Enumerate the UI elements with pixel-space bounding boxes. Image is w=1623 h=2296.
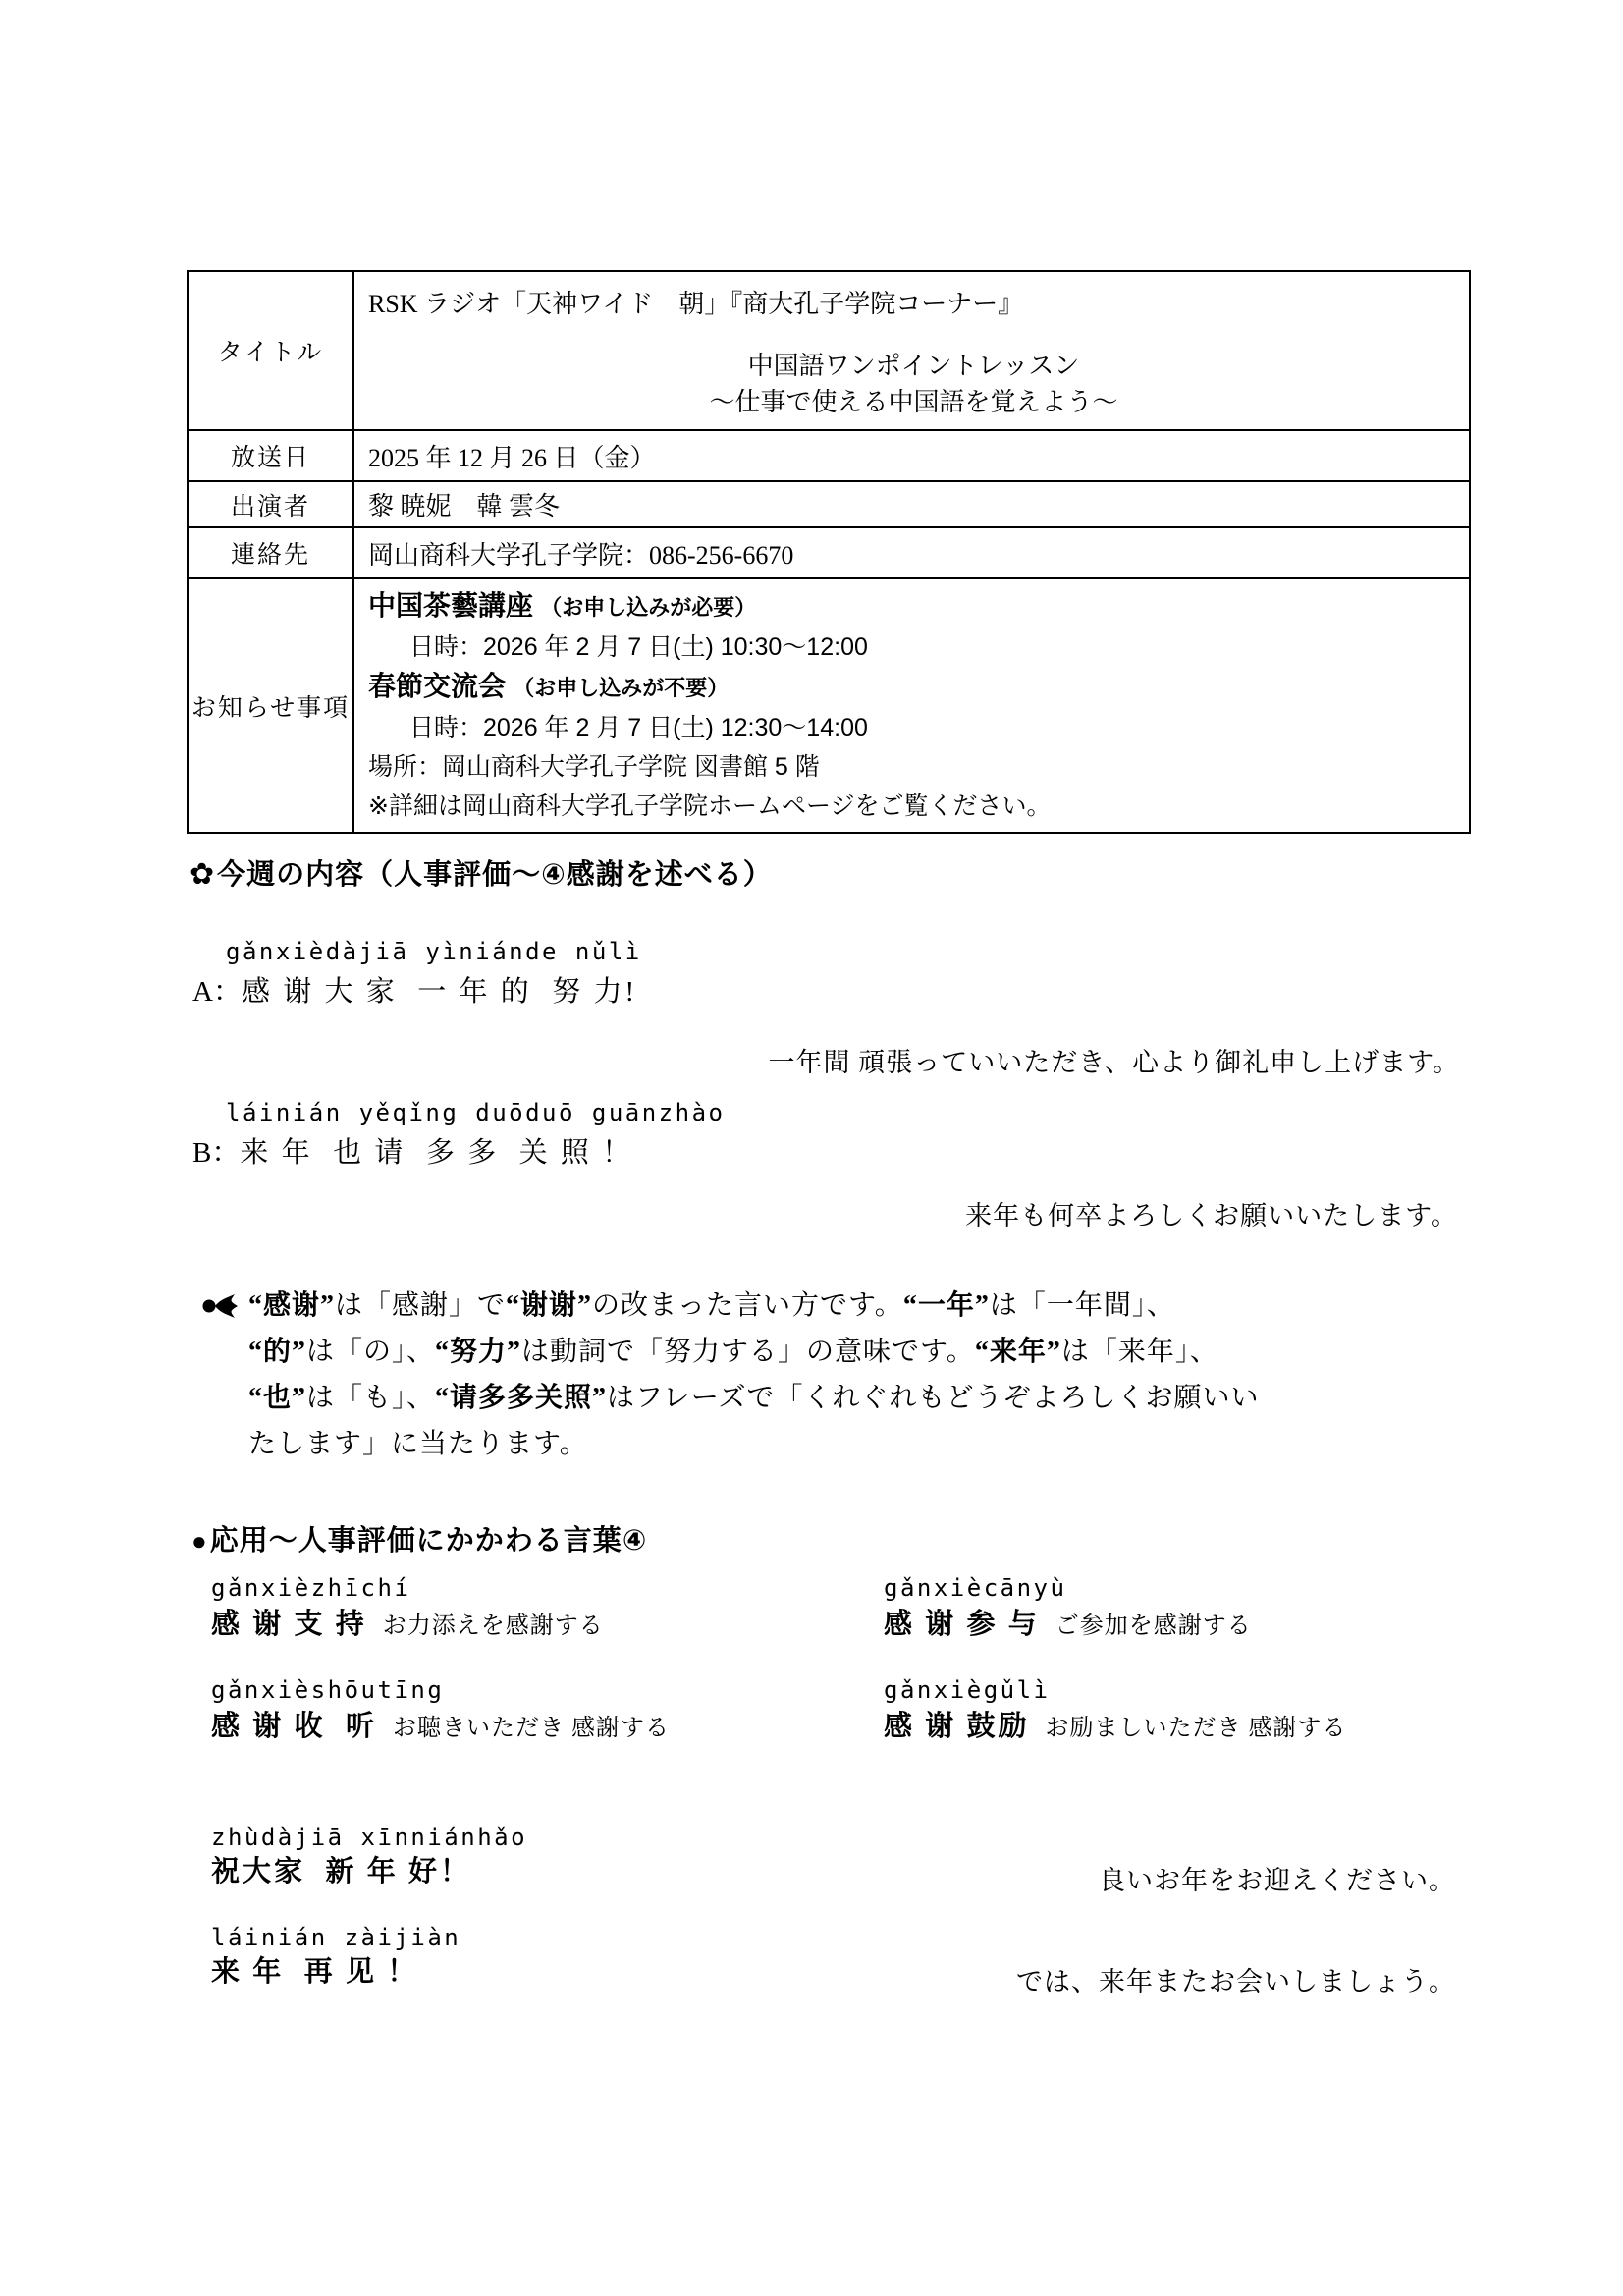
event1-line: 中国茶藝講座 （お申し込みが必要） <box>368 586 1459 628</box>
dialogue-a: gǎnxièdàjiā yìniánde nǔlì A：感 谢 大 家 一 年 … <box>192 939 642 1010</box>
explanation-line-4: たします」に当たります。 <box>248 1421 1471 1467</box>
event1-note: （お申し込みが必要） <box>540 595 756 620</box>
table-row-notice: お知らせ事項 中国茶藝講座 （お申し込みが必要） 日時：2026 年 2 月 7… <box>188 578 1470 833</box>
closing-phrase: láinián zàijiàn 来 年 再 见 ！ <box>211 1925 460 1989</box>
performers-value: 黎 暁妮 韓 雲冬 <box>353 481 1470 527</box>
contact-value: 岡山商科大学孔子学院：086-256-6670 <box>353 527 1470 578</box>
lesson-subtitle: ～仕事で使える中国語を覚えよう～ <box>368 382 1459 418</box>
contact-label: 連絡先 <box>188 527 353 578</box>
broadcast-date-value: 2025 年 12 月 26 日（金） <box>353 430 1470 481</box>
speaker-a-label: A： <box>192 969 242 1010</box>
explanation-paragraph: “感谢”は「感謝」で“谢谢”の改まった言い方です。“一年”は「一年間」、 “的”… <box>248 1283 1471 1467</box>
application-item: gǎnxièshōutīng 感 谢 收 听お聴きいただき 感謝する <box>211 1677 670 1743</box>
applications-heading: ●応用～人事評価にかかわる言葉④ <box>191 1518 647 1558</box>
application-pinyin: gǎnxièshōutīng <box>211 1677 670 1703</box>
table-row-broadcast-date: 放送日 2025 年 12 月 26 日（金） <box>188 430 1470 481</box>
event1-title: 中国茶藝講座 <box>368 590 533 621</box>
note-arrow-icon <box>202 1293 238 1319</box>
bullet-circle-icon: ● <box>191 1526 208 1556</box>
title-row-label: タイトル <box>188 271 353 430</box>
table-row-performers: 出演者 黎 暁妮 韓 雲冬 <box>188 481 1470 527</box>
event2-note: （お申し込みが不要） <box>513 676 729 700</box>
closing-phrase: zhùdàjiā xīnniánhǎo 祝大家 新 年 好！ <box>211 1825 527 1888</box>
dialogue-b-hanzi: 来 年 也 请 多 多 关 照 ！ <box>240 1136 633 1170</box>
closing-hanzi: 来 年 再 见 ！ <box>211 1955 460 1989</box>
table-row-contact: 連絡先 岡山商科大学孔子学院：086-256-6670 <box>188 527 1470 578</box>
application-item: gǎnxiècānyù 感 谢 参 与ご参加を感謝する <box>884 1575 1252 1641</box>
event-place: 場所：岡山商科大学孔子学院 図書館 5 階 <box>368 747 1459 787</box>
dialogue-a-pinyin: gǎnxièdàjiā yìniánde nǔlì <box>226 939 642 964</box>
weekly-heading: ✿今週の内容（人事評価～④感謝を述べる） <box>189 852 773 893</box>
application-note: ご参加を感謝する <box>1055 1606 1252 1640</box>
application-pinyin: gǎnxièzhīchí <box>211 1575 604 1601</box>
closing-japanese: 良いお年をお迎えください。 <box>1099 1859 1456 1897</box>
explanation-line-3: “也”は「も」、“请多多关照”はフレーズで「くれぐれもどうぞよろしくお願いい <box>248 1375 1471 1421</box>
closing-japanese: では、来年またお会いしましょう。 <box>1016 1960 1456 1998</box>
dialogue-a-japanese: 一年間 頑張っていいただき、心より御礼申し上げます。 <box>768 1041 1460 1079</box>
application-hanzi: 感 谢 支 持 <box>211 1608 367 1641</box>
speaker-b-label: B： <box>192 1130 240 1171</box>
closing-hanzi: 祝大家 新 年 好！ <box>211 1855 527 1888</box>
program-title: RSK ラジオ「天神ワイド 朝」『商大孔子学院コーナー』 <box>368 284 1459 320</box>
applications-heading-text: 応用～人事評価にかかわる言葉④ <box>210 1525 648 1557</box>
lesson-title: 中国語ワンポイントレッスン <box>368 346 1459 382</box>
closing-pinyin: zhùdàjiā xīnniánhǎo <box>211 1825 527 1850</box>
application-hanzi: 感 谢 参 与 <box>884 1608 1040 1641</box>
document-page: タイトル RSK ラジオ「天神ワイド 朝」『商大孔子学院コーナー』 中国語ワンポ… <box>0 0 1623 2296</box>
application-pinyin: gǎnxiègǔlì <box>884 1677 1347 1703</box>
dialogue-b: láinián yěqǐng duōduō guānzhào B：来 年 也 请… <box>192 1100 725 1171</box>
notice-label: お知らせ事項 <box>188 578 353 833</box>
dialogue-b-japanese: 来年も何卒よろしくお願いいたします。 <box>965 1194 1458 1232</box>
application-note: お聴きいただき 感謝する <box>393 1708 670 1742</box>
application-hanzi: 感 谢 鼓励 <box>884 1710 1030 1743</box>
broadcast-date-label: 放送日 <box>188 430 353 481</box>
application-item: gǎnxièzhīchí 感 谢 支 持お力添えを感謝する <box>211 1575 604 1641</box>
application-item: gǎnxiègǔlì 感 谢 鼓励お励ましいただき 感謝する <box>884 1677 1347 1743</box>
application-hanzi: 感 谢 收 听 <box>211 1710 377 1743</box>
performers-label: 出演者 <box>188 481 353 527</box>
event2-datetime: 日時：2026 年 2 月 7 日(土) 12:30～14:00 <box>368 708 1459 747</box>
application-note: お力添えを感謝する <box>383 1606 604 1640</box>
event2-title: 春節交流会 <box>368 671 506 701</box>
table-row-title: タイトル RSK ラジオ「天神ワイド 朝」『商大孔子学院コーナー』 中国語ワンポ… <box>188 271 1470 430</box>
dialogue-a-hanzi: 感 谢 大 家 一 年 的 努 力! <box>242 975 637 1009</box>
event-detail-note: ※詳細は岡山商科大学孔子学院ホームページをご覧ください。 <box>368 787 1459 826</box>
explanation-line-1: “感谢”は「感謝」で“谢谢”の改まった言い方です。“一年”は「一年間」、 <box>248 1283 1471 1329</box>
event2-line: 春節交流会 （お申し込みが不要） <box>368 667 1459 708</box>
application-note: お励ましいただき 感謝する <box>1046 1708 1347 1742</box>
explanation-line-2: “的”は「の」、“努力”は動詞で「努力する」の意味です。“来年”は「来年」、 <box>248 1329 1471 1375</box>
broadcast-info-table: タイトル RSK ラジオ「天神ワイド 朝」『商大孔子学院コーナー』 中国語ワンポ… <box>187 270 1471 834</box>
dialogue-b-pinyin: láinián yěqǐng duōduō guānzhào <box>226 1100 725 1125</box>
title-row-value: RSK ラジオ「天神ワイド 朝」『商大孔子学院コーナー』 中国語ワンポイントレッ… <box>353 271 1470 430</box>
application-pinyin: gǎnxiècānyù <box>884 1575 1252 1601</box>
florette-icon: ✿ <box>189 858 215 891</box>
weekly-heading-text: 今週の内容（人事評価～④感謝を述べる） <box>217 859 773 891</box>
event1-datetime: 日時：2026 年 2 月 7 日(土) 10:30～12:00 <box>368 628 1459 667</box>
notice-value: 中国茶藝講座 （お申し込みが必要） 日時：2026 年 2 月 7 日(土) 1… <box>353 578 1470 833</box>
closing-pinyin: láinián zàijiàn <box>211 1925 460 1950</box>
